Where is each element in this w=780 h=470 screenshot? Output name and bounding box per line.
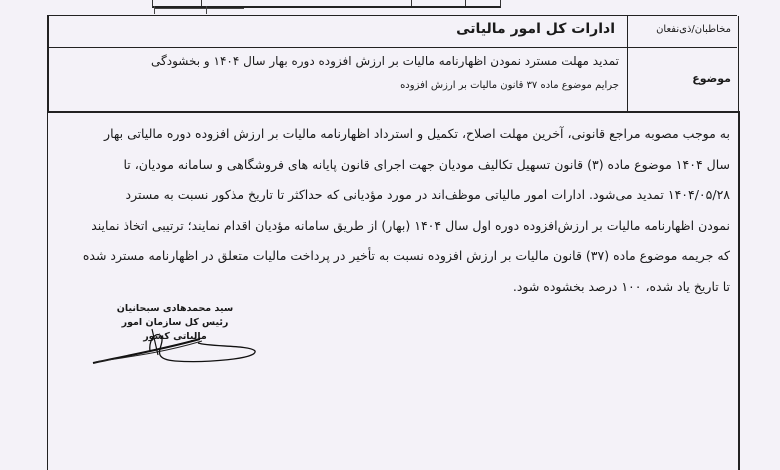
body-line: ۱۴۰۴/۰۵/۲۸ تمدید می‌شود. ادارات امور مال…	[58, 180, 730, 211]
top-table-fragment	[152, 0, 501, 8]
document-page: مخاطبان/ذی‌نفعان ادارات کل امور مالیاتی …	[0, 0, 780, 470]
table-border	[738, 16, 739, 112]
header-table: مخاطبان/ذی‌نفعان ادارات کل امور مالیاتی …	[47, 15, 737, 112]
divider	[201, 0, 202, 6]
divider	[154, 8, 244, 9]
subject-line-2: جرایم موضوع ماده ۳۷ قانون مالیات بر ارزش…	[59, 80, 619, 91]
subject-label: موضوع	[633, 72, 731, 85]
addressee-value: ادارات کل امور مالیاتی	[59, 21, 615, 37]
body-line: به موجب مصوبه مراجع قانونی، آخرین مهلت ا…	[58, 119, 730, 150]
body-line: نمودن اظهارنامه مالیات بر ارزش‌افزوده دو…	[58, 211, 730, 242]
letter-body: به موجب مصوبه مراجع قانونی، آخرین مهلت ا…	[47, 111, 740, 470]
divider	[411, 0, 412, 6]
body-line: سال ۱۴۰۴ موضوع ماده (۳) قانون تسهیل تکال…	[58, 150, 730, 181]
column-divider	[627, 16, 628, 112]
subject-line-1: تمدید مهلت مسترد نمودن اظهارنامه مالیات …	[59, 54, 619, 68]
row-divider	[49, 47, 737, 48]
addressees-label: مخاطبان/ذی‌نفعان	[633, 24, 731, 35]
divider	[465, 0, 466, 6]
handwritten-signature-icon	[90, 325, 270, 370]
signatory-name: سید محمدهادی سبحانیان	[105, 302, 245, 316]
body-line: تا تاریخ یاد شده، ۱۰۰ درصد بخشوده شود.	[58, 272, 730, 303]
body-line: که جریمه موضوع ماده (۳۷) قانون مالیات بر…	[58, 241, 730, 272]
body-paragraph: به موجب مصوبه مراجع قانونی، آخرین مهلت ا…	[58, 119, 730, 302]
